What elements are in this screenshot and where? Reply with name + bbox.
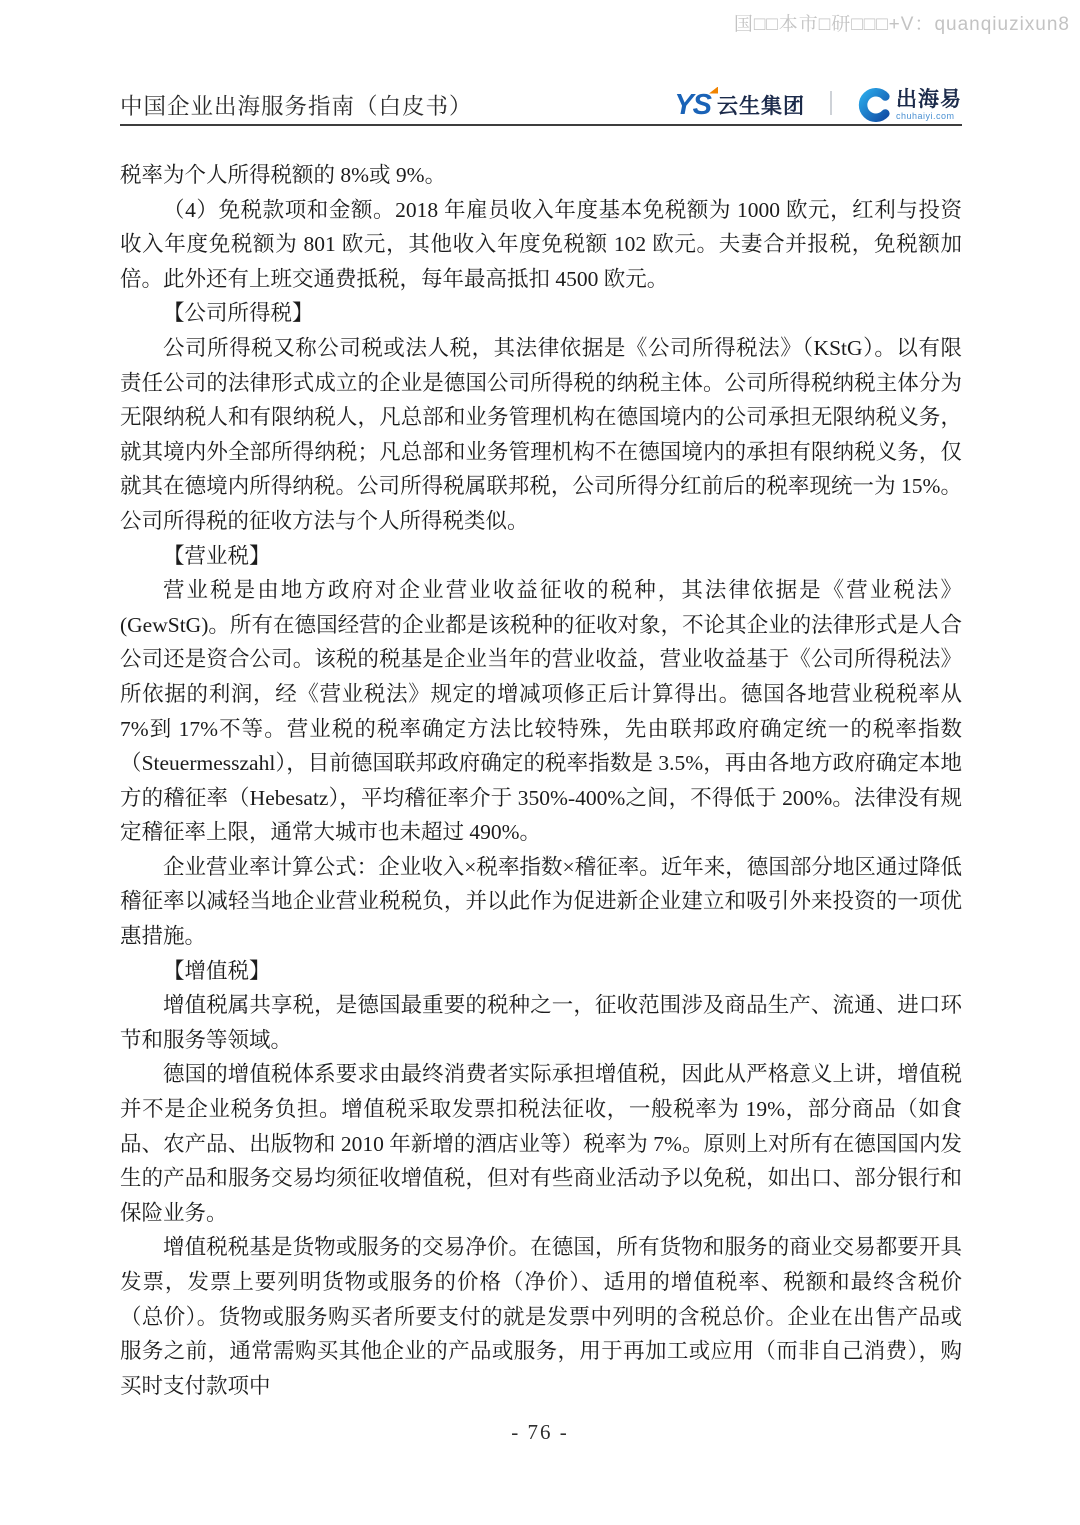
chuhaiyi-logo-label: 出海易	[896, 89, 962, 110]
watermark-text: 国□□本市□研□□□+V：quanqiuzixun8	[734, 9, 1070, 36]
section-heading: 【增值税】	[120, 954, 962, 989]
chuhaiyi-domain-label: chuhaiyi.com	[896, 112, 962, 121]
header-logos: YS 云生集团 ｜ 出海易 chuhaiyi.com	[674, 88, 962, 126]
c-swoosh-icon	[857, 88, 891, 122]
body-paragraph: （4）免税款项和金额。2018 年雇员收入年度基本免税额为 1000 欧元，红利…	[120, 193, 962, 297]
page-number: - 76 -	[0, 1420, 1080, 1445]
body-paragraph: 增值税属共享税，是德国最重要的税种之一，征收范围涉及商品生产、流通、进口环节和服…	[120, 988, 962, 1057]
body-paragraph: 增值税税基是货物或服务的交易净价。在德国，所有货物和服务的商业交易都要开具发票，…	[120, 1230, 962, 1403]
body-paragraph: 营业税是由地方政府对企业营业收益征收的税种，其法律依据是《营业税法》(GewSt…	[120, 573, 962, 850]
ys-logo-icon: YS	[674, 91, 711, 120]
chuhaiyi-logo: 出海易 chuhaiyi.com	[857, 88, 962, 122]
body-paragraph: 税率为个人所得税额的 8%或 9%。	[120, 158, 962, 193]
section-heading: 【公司所得税】	[120, 296, 962, 331]
page-header: 中国企业出海服务指南（白皮书） YS 云生集团 ｜ 出海易	[120, 80, 962, 126]
document-body: 税率为个人所得税额的 8%或 9%。（4）免税款项和金额。2018 年雇员收入年…	[120, 158, 962, 1403]
ys-logo-label: 云生集团	[717, 90, 805, 120]
section-heading: 【营业税】	[120, 539, 962, 574]
body-paragraph: 企业营业率计算公式：企业收入×税率指数×稽征率。近年来，德国部分地区通过降低稽征…	[120, 850, 962, 954]
logo-divider: ｜	[817, 93, 845, 117]
body-paragraph: 公司所得税又称公司税或法人税，其法律依据是《公司所得税法》（KStG）。以有限责…	[120, 331, 962, 539]
document-title: 中国企业出海服务指南（白皮书）	[120, 89, 473, 126]
ys-yunsheng-logo: YS 云生集团	[674, 90, 805, 120]
body-paragraph: 德国的增值税体系要求由最终消费者实际承担增值税，因此从严格意义上讲，增值税并不是…	[120, 1057, 962, 1230]
header-divider-line	[120, 124, 962, 126]
